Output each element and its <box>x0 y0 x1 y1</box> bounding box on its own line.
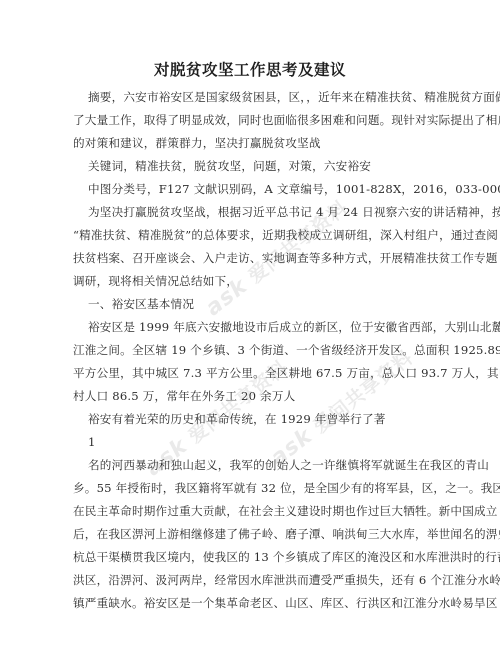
paragraph-line: 村人口 86.5 万，常年在外务工 20 余万人 <box>73 385 429 408</box>
document-body: 摘要，六安市裕安区是国家级贫困县，区，，近年来在精准扶贫、精准脱贫方面做 了大量… <box>73 86 429 615</box>
paragraph-line: 的对策和建议，群策群力，坚决打赢脱贫攻坚战 <box>73 132 429 155</box>
paragraph-line: 名的河西暴动和独山起义，我军的创始人之一许继慎将军就诞生在我区的青山 <box>73 454 429 477</box>
paragraph-line: “精准扶贫、精准脱贫”的总体要求，近期我校成立调研组，深入村组户，通过查阅 <box>73 224 429 247</box>
paragraph-line: 了大量工作，取得了明显成效，同时也面临很多困难和问题。现针对实际提出了相应 <box>73 109 429 132</box>
paragraph-line: 扶贫档案、召开座谈会、入户走访、实地调查等多种方式，开展精准扶贫工作专题 <box>73 247 429 270</box>
paragraph-line: 乡。55 年授衔时，我区籍将军就有 32 位，是全国少有的将军县，区，之一。我区… <box>73 477 429 500</box>
paragraph-line: 镇严重缺水。裕安区是一个集革命老区、山区、库区、行洪区和江淮分水岭易旱区 <box>73 592 429 615</box>
document-page: 对脱贫攻坚工作思考及建议 摘要，六安市裕安区是国家级贫困县，区，，近年来在精准扶… <box>0 0 500 647</box>
page-number: 1 <box>73 431 429 454</box>
paragraph-line: 调研，现将相关情况总结如下， <box>73 270 429 293</box>
paragraph-line: 洪区，沿淠河、汲河两岸，经常因水库泄洪而遭受严重损失，还有 6 个江淮分水岭乡 <box>73 569 429 592</box>
document-title: 对脱贫攻坚工作思考及建议 <box>0 60 500 80</box>
paragraph-line: 摘要，六安市裕安区是国家级贫困县，区，，近年来在精准扶贫、精准脱贫方面做 <box>73 86 429 109</box>
classification-line: 中图分类号，F127 文献识别码，A 文章编号，1001-828X，2016，0… <box>73 178 429 201</box>
paragraph-line: 在民主革命时期作过重大贡献，在社会主义建设时期也作过巨大牺牲。新中国成立 <box>73 500 429 523</box>
section-heading: 一、裕安区基本情况 <box>73 293 429 316</box>
paragraph-line: 平方公里，其中城区 7.3 平方公里。全区耕地 67.5 万亩，总人口 93.7… <box>73 362 429 385</box>
paragraph-line: 后，在我区淠河上游相继修建了佛子岭、磨子潭、响洪甸三大水库，举世闻名的淠史 <box>73 523 429 546</box>
paragraph-line: 裕安区是 1999 年底六安撤地设市后成立的新区，位于安徽省西部，大别山北麓， <box>73 316 429 339</box>
paragraph-line: 为坚决打赢脱贫攻坚战，根据习近平总书记 4 月 24 日视察六安的讲话精神，按照 <box>73 201 429 224</box>
paragraph-line: 江淮之间。全区辖 19 个乡镇、3 个街道、一个省级经济开发区。总面积 1925… <box>73 339 429 362</box>
paragraph-line: 杭总干渠横贯我区境内，使我区的 13 个乡镇成了库区的淹没区和水库泄洪时的行蓄 <box>73 546 429 569</box>
paragraph-line: 裕安有着光荣的历史和革命传统，在 1929 年曾举行了著 <box>73 408 429 431</box>
keywords-line: 关键词，精准扶贫，脱贫攻坚，问题，对策，六安裕安 <box>73 155 429 178</box>
